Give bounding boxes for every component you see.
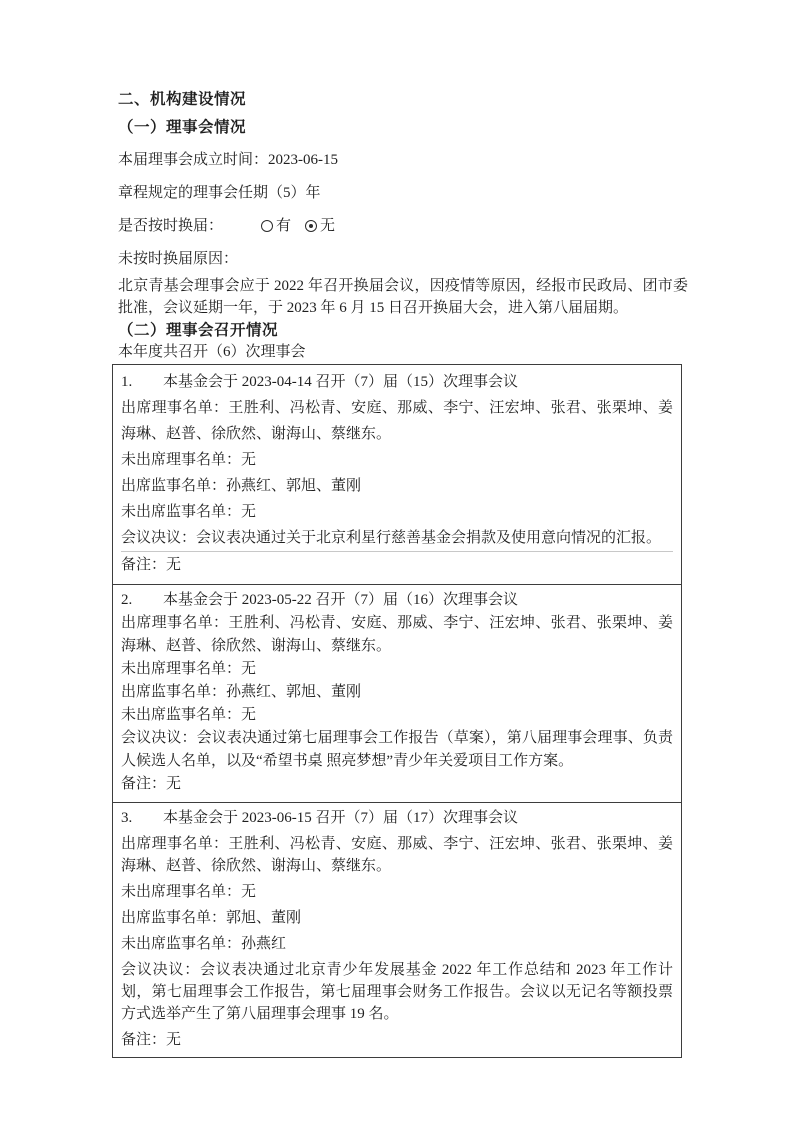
on-time-change-label: 是否按时换届： xyxy=(118,218,223,234)
absent-supervisors-row: 未出席监事名单：无 xyxy=(121,499,673,525)
meeting-block-3: 3.本基金会于 2023-06-15 召开（7）届（17）次理事会议 出席理事名… xyxy=(113,802,681,1057)
radio-selected-icon xyxy=(305,220,317,232)
on-time-change-radio-group: 有无 xyxy=(261,216,349,236)
meeting-number: 1. xyxy=(121,369,163,395)
document-content: 二、机构建设情况 （一）理事会情况 本届理事会成立时间：2023-06-15 章… xyxy=(112,90,688,1058)
document-page: 二、机构建设情况 （一）理事会情况 本届理事会成立时间：2023-06-15 章… xyxy=(0,0,799,1122)
absent-directors-row: 未出席理事名单：无 xyxy=(121,881,673,903)
meetings-table: 1.本基金会于 2023-04-14 召开（7）届（15）次理事会议 出席理事名… xyxy=(112,364,682,1058)
attend-directors-row: 出席理事名单：王胜利、冯松青、安庭、那威、李宁、汪宏坤、张君、张栗坤、姜海琳、赵… xyxy=(121,833,673,877)
attend-supervisors-row: 出席监事名单：孙燕红、郭旭、董刚 xyxy=(121,473,673,499)
radio-option-yes-label: 有 xyxy=(276,218,291,234)
resolution-row: 会议决议：会议表决通过北京青少年发展基金 2022 年工作总结和 2023 年工… xyxy=(121,959,673,1025)
meeting-block-2: 2.本基金会于 2023-05-22 召开（7）届（16）次理事会议 出席理事名… xyxy=(113,584,681,802)
radio-option-yes: 有 xyxy=(261,216,291,236)
absent-supervisors-row: 未出席监事名单：无 xyxy=(121,704,673,727)
board-established-value: 2023-06-15 xyxy=(268,152,338,168)
board-established-line: 本届理事会成立时间：2023-06-15 xyxy=(112,150,688,170)
meeting-number: 3. xyxy=(121,807,163,829)
section-title: 二、机构建设情况 xyxy=(112,90,688,110)
resolution-row: 会议决议：会议表决通过第七届理事会工作报告（草案），第八届理事会理事、负责人候选… xyxy=(121,727,673,773)
meeting-title: 本基金会于 2023-04-14 召开（7）届（15）次理事会议 xyxy=(163,374,518,390)
attend-supervisors-row: 出席监事名单：郭旭、董刚 xyxy=(121,907,673,929)
subsection-board-title: （一）理事会情况 xyxy=(112,118,688,138)
absent-directors-row: 未出席理事名单：无 xyxy=(121,658,673,681)
subsection-meetings-title: （二）理事会召开情况 xyxy=(112,321,688,341)
no-change-reason-text: 北京青基会理事会应于 2022 年召开换届会议，因疫情等原因，经报市民政局、团市… xyxy=(112,275,688,319)
meeting-title-row: 1.本基金会于 2023-04-14 召开（7）届（15）次理事会议 xyxy=(121,369,673,395)
absent-supervisors-row: 未出席监事名单：孙燕红 xyxy=(121,933,673,955)
resolution-row: 会议决议：会议表决通过关于北京利星行慈善基金会捐款及使用意向情况的汇报。 xyxy=(121,525,673,551)
radio-unselected-icon xyxy=(261,220,273,232)
meeting-number: 2. xyxy=(121,589,163,612)
note-row: 备注：无 xyxy=(121,551,673,578)
meeting-title-row: 3.本基金会于 2023-06-15 召开（7）届（17）次理事会议 xyxy=(121,807,673,829)
on-time-change-line: 是否按时换届：有无 xyxy=(112,216,688,236)
meeting-title-row: 2.本基金会于 2023-05-22 召开（7）届（16）次理事会议 xyxy=(121,589,673,612)
meetings-count-line: 本年度共召开（6）次理事会 xyxy=(112,342,688,362)
attend-supervisors-row: 出席监事名单：孙燕红、郭旭、董刚 xyxy=(121,681,673,704)
meeting-title: 本基金会于 2023-06-15 召开（7）届（17）次理事会议 xyxy=(163,810,518,826)
absent-directors-row: 未出席理事名单：无 xyxy=(121,447,673,473)
no-change-reason-label: 未按时换届原因： xyxy=(112,249,688,269)
meeting-title: 本基金会于 2023-05-22 召开（7）届（16）次理事会议 xyxy=(163,592,518,608)
attend-directors-row: 出席理事名单：王胜利、冯松青、安庭、那威、李宁、汪宏坤、张君、张栗坤、姜海琳、赵… xyxy=(121,612,673,658)
radio-option-no-label: 无 xyxy=(320,218,335,234)
note-row: 备注：无 xyxy=(121,773,673,796)
note-row: 备注：无 xyxy=(121,1029,673,1051)
attend-directors-row: 出席理事名单：王胜利、冯松青、安庭、那威、李宁、汪宏坤、张君、张栗坤、姜海琳、赵… xyxy=(121,395,673,447)
board-established-label: 本届理事会成立时间： xyxy=(118,152,268,168)
radio-option-no: 无 xyxy=(305,216,335,236)
meeting-block-1: 1.本基金会于 2023-04-14 召开（7）届（15）次理事会议 出席理事名… xyxy=(113,365,681,584)
board-term-line: 章程规定的理事会任期（5）年 xyxy=(112,183,688,203)
